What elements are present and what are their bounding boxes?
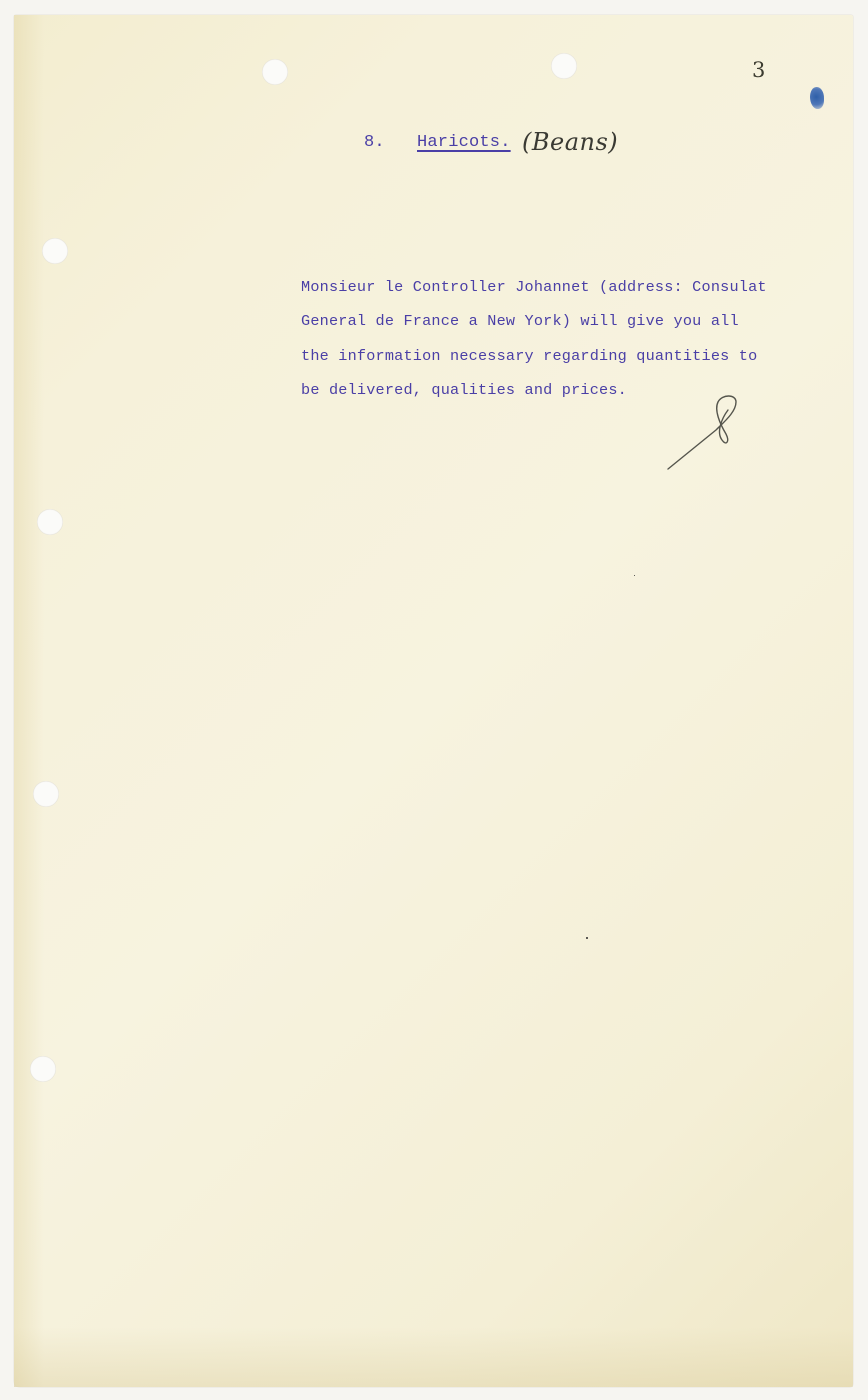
page-number: 3 [752,58,765,82]
handwritten-annotation: (Beans) [522,128,618,156]
punch-hole [42,238,68,264]
paper-speck [586,937,588,939]
body-line: be delivered, qualities and prices. [301,381,627,399]
punch-hole [37,509,63,535]
paper-speck [634,575,635,576]
punch-hole [551,53,577,79]
punch-hole [30,1056,56,1082]
body-line: Monsieur le Controller Johannet (address… [301,278,767,296]
section-number: 8. [364,133,385,152]
body-line: General de France a New York) will give … [301,312,739,330]
punch-hole [262,59,288,85]
handwritten-initial-icon [664,394,744,474]
punch-hole [33,781,59,807]
document-page [14,15,853,1387]
body-line: the information necessary regarding quan… [301,347,757,365]
ink-blot-mark [810,87,824,109]
section-title: Haricots. [417,133,511,152]
